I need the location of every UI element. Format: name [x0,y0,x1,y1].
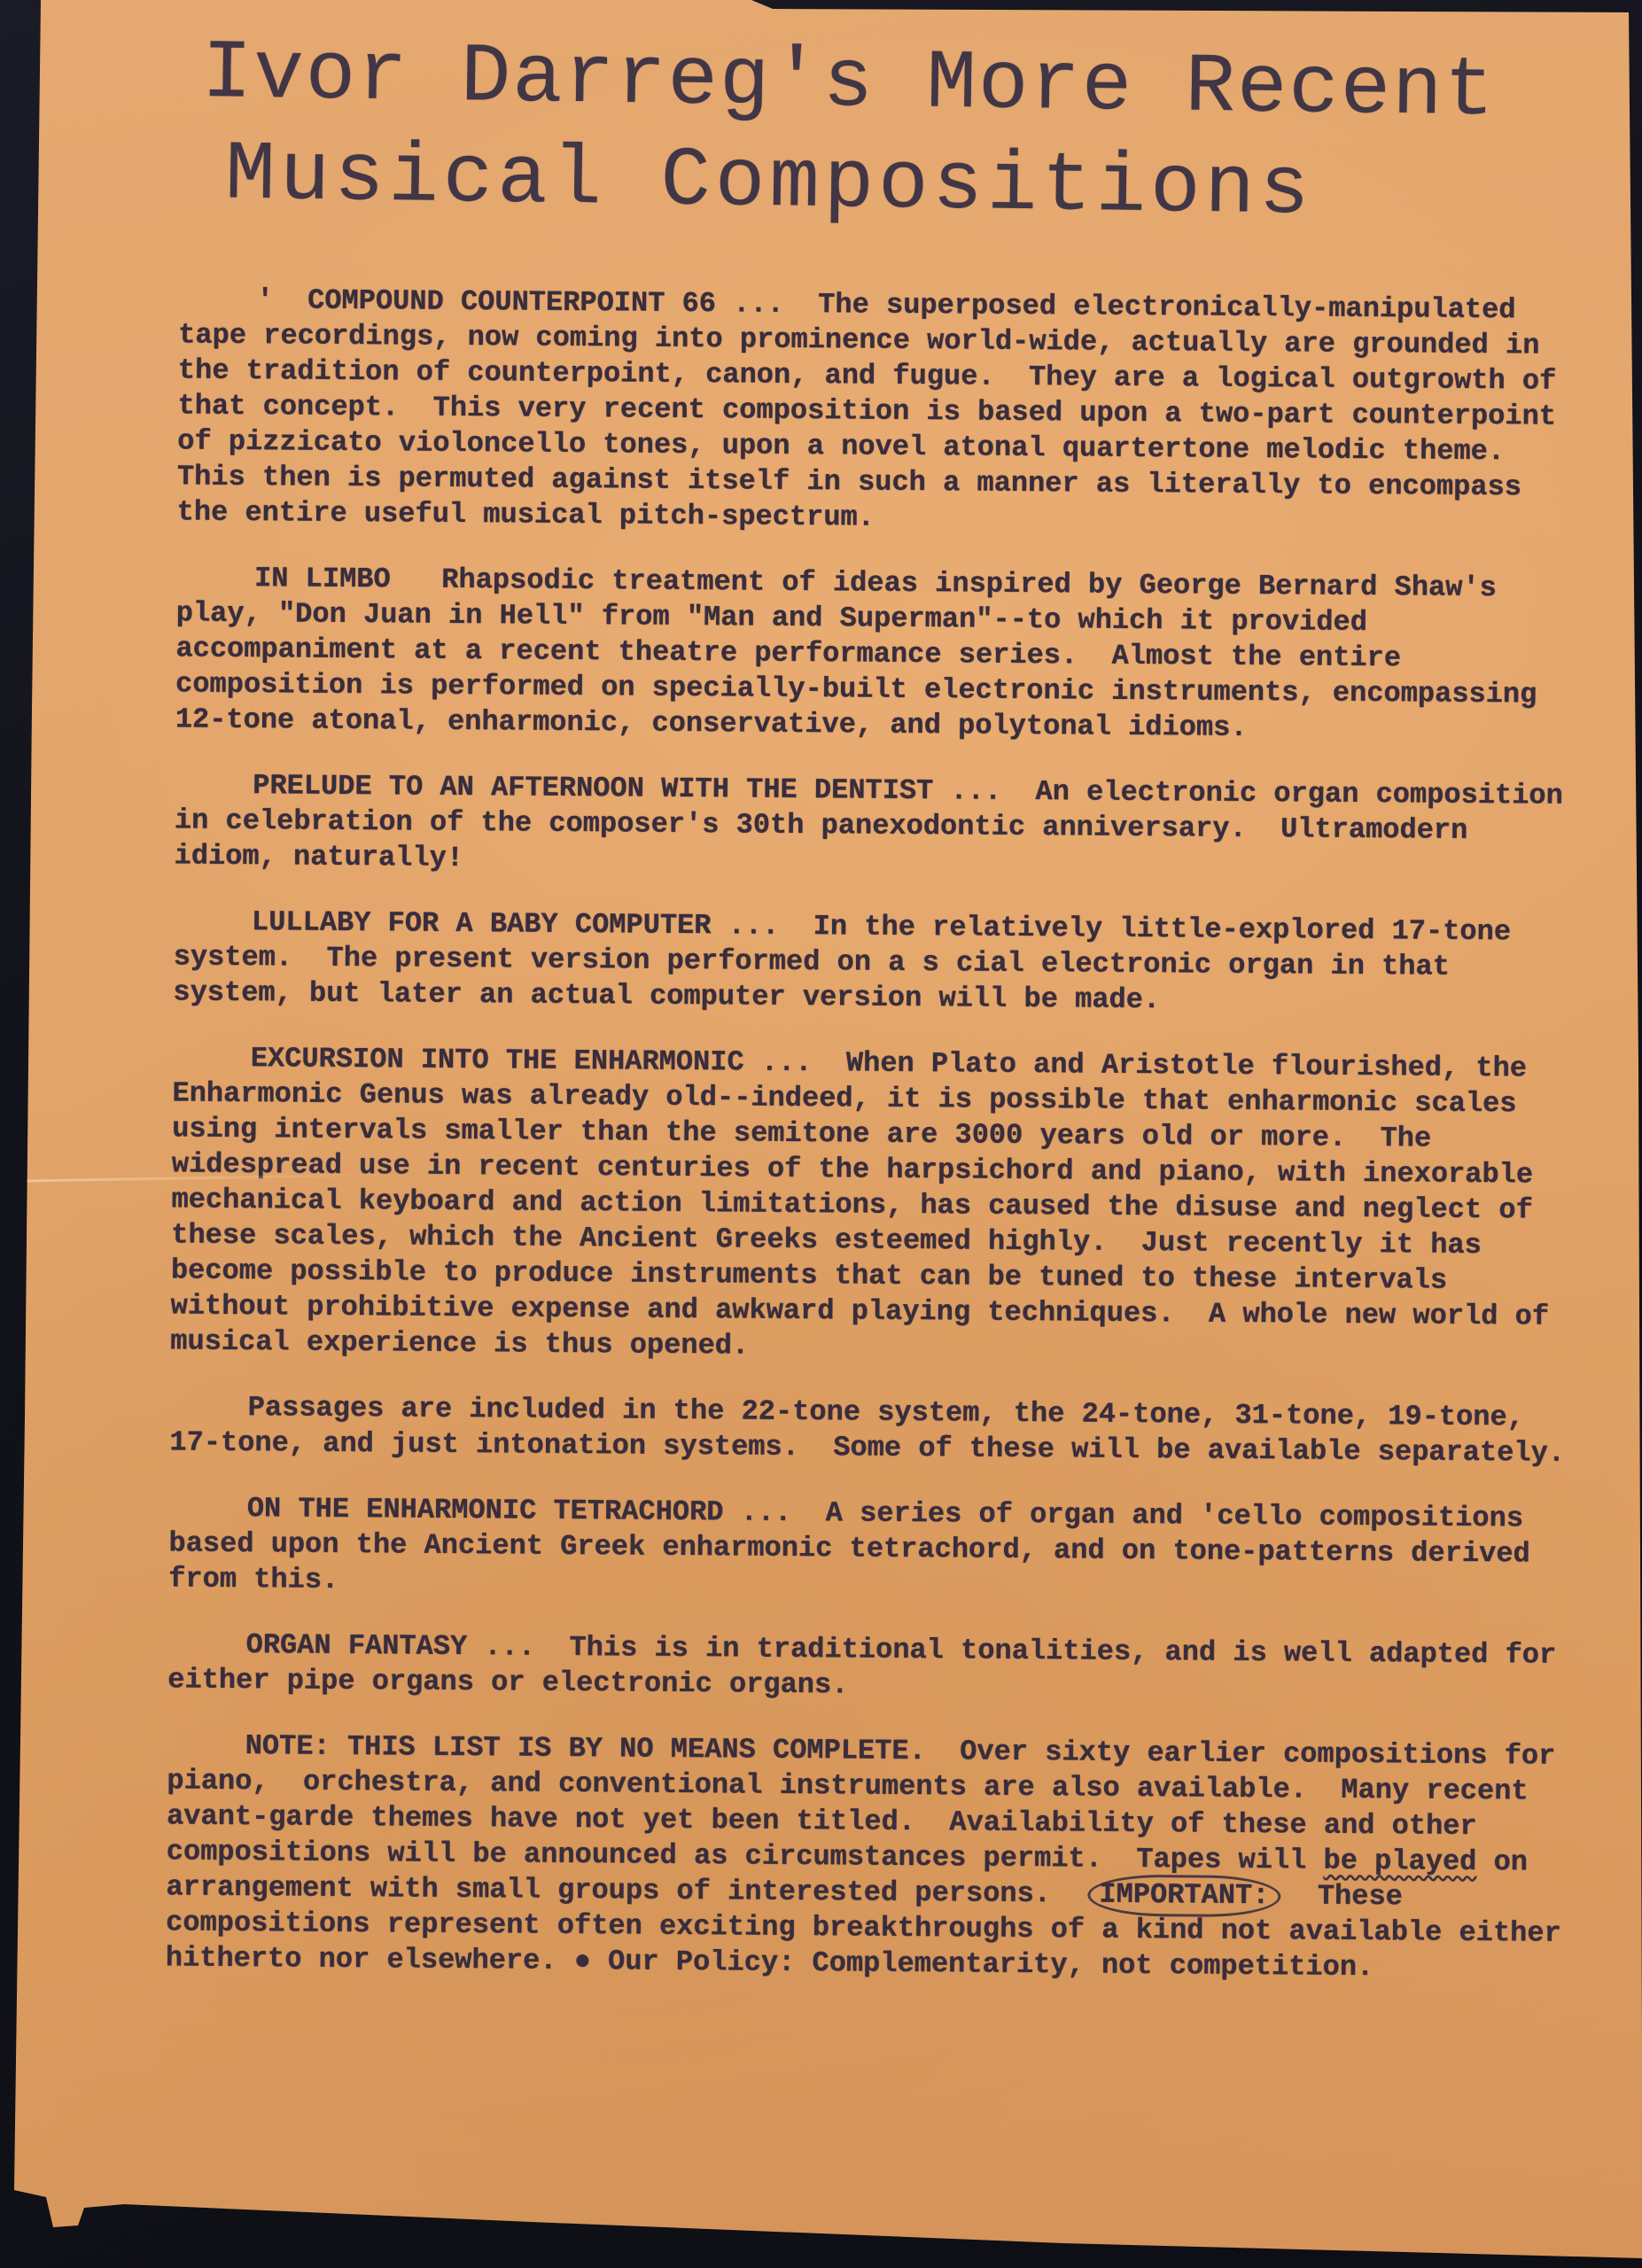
page-title-line2: Musical Compositions [224,124,1593,246]
note-text-4: Our Policy: Complementarity, not competi… [591,1945,1374,1984]
paragraph-in-limbo: IN LIMBO Rhapsodic treatment of ideas in… [175,560,1583,748]
circled-important-label: IMPORTANT: [1087,1875,1280,1918]
scan-background: Ivor Darreg's More RecentMusical Composi… [0,0,1642,2268]
paragraph-note: NOTE: THIS LIST IS BY NO MEANS COMPLETE.… [166,1728,1573,1986]
paper-page: Ivor Darreg's More RecentMusical Composi… [0,0,1642,2268]
page-title-line1: Ivor Darreg's More Recent [201,25,1595,144]
paragraph-lullaby-baby-computer: LULLABY FOR A BABY COMPUTER ... In the r… [173,904,1579,1021]
page-title: Ivor Darreg's More RecentMusical Composi… [130,24,1595,246]
underlined-be-played: be played [1323,1845,1476,1878]
paragraph-prelude-dentist: PRELUDE TO AN AFTERNOON WITH THE DENTIST… [174,767,1580,884]
typed-content: Ivor Darreg's More RecentMusical Composi… [117,16,1595,2017]
paragraph-enharmonic-tetrachord: ON THE ENHARMONIC TETRACHORD ... A serie… [168,1490,1575,1607]
paragraph-compound-counterpoint: ' COMPOUND COUNTERPOINT 66 ... The super… [176,282,1584,540]
paragraph-excursion-enharmonic: EXCURSION INTO THE ENHARMONIC ... When P… [170,1040,1578,1370]
bullet-icon: ● [574,1945,591,1977]
paragraph-organ-fantasy: ORGAN FANTASY ... This is in traditional… [167,1627,1574,1708]
paragraph-passages-systems: Passages are included in the 22-tone sys… [169,1389,1576,1471]
